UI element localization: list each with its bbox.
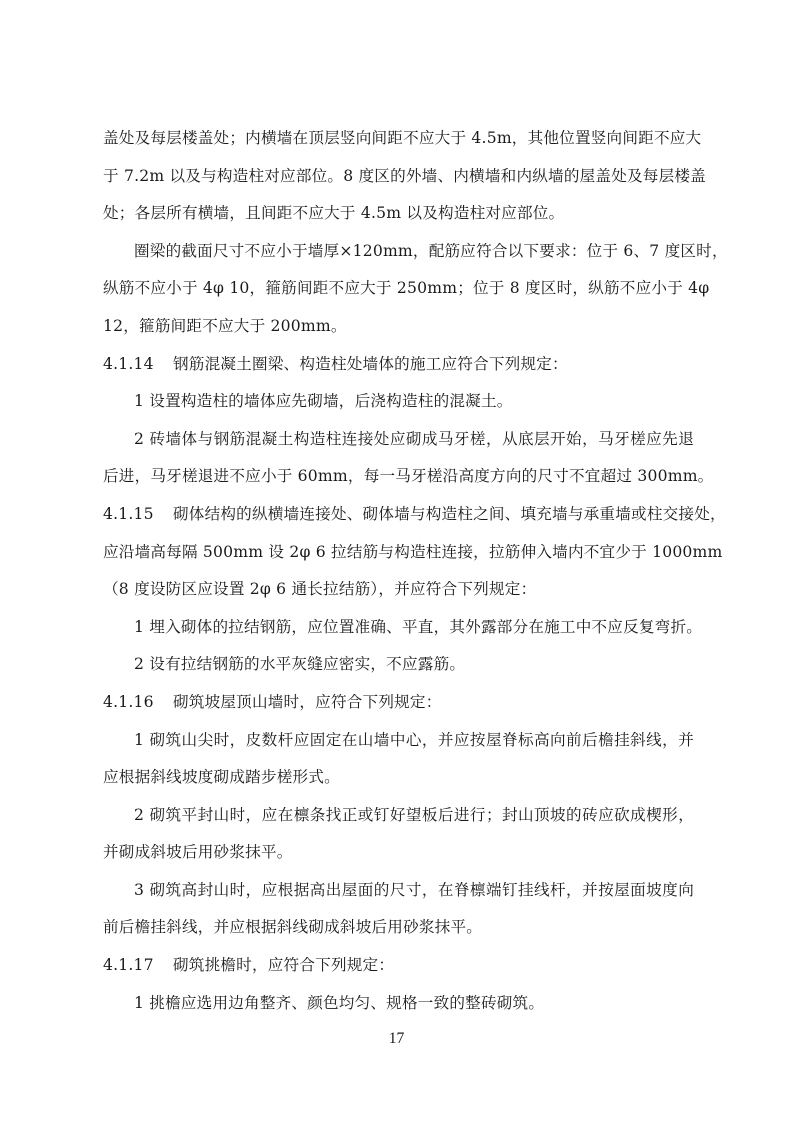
paragraph-line: 圈梁的截面尺寸不应小于墙厚×120mm，配筋应符合以下要求：位于 6、7 度区时…	[103, 237, 694, 275]
list-item: 2 设有拉结钢筋的水平灰缝应密实，不应露筋。	[103, 650, 694, 688]
clause-number: 4.1.14	[103, 350, 173, 378]
paragraph-line: （8 度设防区应设置 2φ 6 通长拉结筋），并应符合下列规定：	[103, 575, 694, 613]
clause-heading-4-1-14: 4.1.14钢筋混凝土圈梁、构造柱处墙体的施工应符合下列规定：	[103, 350, 694, 388]
list-item: 1 埋入砌体的拉结钢筋，应位置准确、平直，其外露部分在施工中不应反复弯折。	[103, 613, 694, 651]
page-number: 17	[0, 1030, 793, 1048]
clause-text: 钢筋混凝土圈梁、构造柱处墙体的施工应符合下列规定：	[173, 355, 568, 373]
paragraph-line: 于 7.2m 以及与构造柱对应部位。8 度区的外墙、内横墙和内纵墙的屋盖处及每层…	[103, 162, 694, 200]
clause-text: 砌体结构的纵横墙连接处、砌体墙与构造柱之间、填充墙与承重墙或柱交接处，	[173, 505, 726, 523]
paragraph-line: 盖处及每层楼盖处；内横墙在顶层竖向间距不应大于 4.5m，其他位置竖向间距不应大	[103, 124, 694, 162]
clause-heading-4-1-17: 4.1.17砌筑挑檐时，应符合下列规定：	[103, 951, 694, 989]
clause-heading-4-1-16: 4.1.16砌筑坡屋顶山墙时，应符合下列规定：	[103, 688, 694, 726]
list-item: 1 设置构造柱的墙体应先砌墙，后浇构造柱的混凝土。	[103, 387, 694, 425]
paragraph-line: 12，箍筋间距不应大于 200mm。	[103, 312, 694, 350]
list-item: 2 砌筑平封山时，应在檩条找正或钉好望板后进行；封山顶坡的砖应砍成楔形，	[103, 801, 694, 839]
paragraph-line: 并砌成斜坡后用砂浆抹平。	[103, 838, 694, 876]
clause-text: 砌筑坡屋顶山墙时，应符合下列规定：	[173, 693, 442, 711]
paragraph-line: 应沿墙高每隔 500mm 设 2φ 6 拉结筋与构造柱连接，拉筋伸入墙内不宜少于…	[103, 538, 694, 576]
list-item: 2 砖墙体与钢筋混凝土构造柱连接处应砌成马牙槎，从底层开始，马牙槎应先退	[103, 425, 694, 463]
clause-number: 4.1.16	[103, 688, 173, 716]
document-body: 盖处及每层楼盖处；内横墙在顶层竖向间距不应大于 4.5m，其他位置竖向间距不应大…	[103, 124, 694, 1026]
paragraph-line: 后进，马牙槎退进不应小于 60mm，每一马牙槎沿高度方向的尺寸不宜超过 300m…	[103, 462, 694, 500]
paragraph-line: 前后檐挂斜线，并应根据斜线砌成斜坡后用砂浆抹平。	[103, 913, 694, 951]
clause-heading-4-1-15: 4.1.15砌体结构的纵横墙连接处、砌体墙与构造柱之间、填充墙与承重墙或柱交接处…	[103, 500, 694, 538]
list-item: 3 砌筑高封山时，应根据高出屋面的尺寸，在脊檩端钉挂线杆，并按屋面坡度向	[103, 876, 694, 914]
paragraph-line: 纵筋不应小于 4φ 10，箍筋间距不应大于 250mm；位于 8 度区时，纵筋不…	[103, 274, 694, 312]
list-item: 1 砌筑山尖时，皮数杆应固定在山墙中心，并应按屋脊标高向前后檐挂斜线，并	[103, 726, 694, 764]
paragraph-line: 处；各层所有横墙，且间距不应大于 4.5m 以及构造柱对应部位。	[103, 199, 694, 237]
clause-number: 4.1.17	[103, 951, 173, 979]
list-item: 1 挑檐应选用边角整齐、颜色均匀、规格一致的整砖砌筑。	[103, 989, 694, 1027]
paragraph-line: 应根据斜线坡度砌成踏步槎形式。	[103, 763, 694, 801]
clause-text: 砌筑挑檐时，应符合下列规定：	[173, 956, 394, 974]
clause-number: 4.1.15	[103, 500, 173, 528]
